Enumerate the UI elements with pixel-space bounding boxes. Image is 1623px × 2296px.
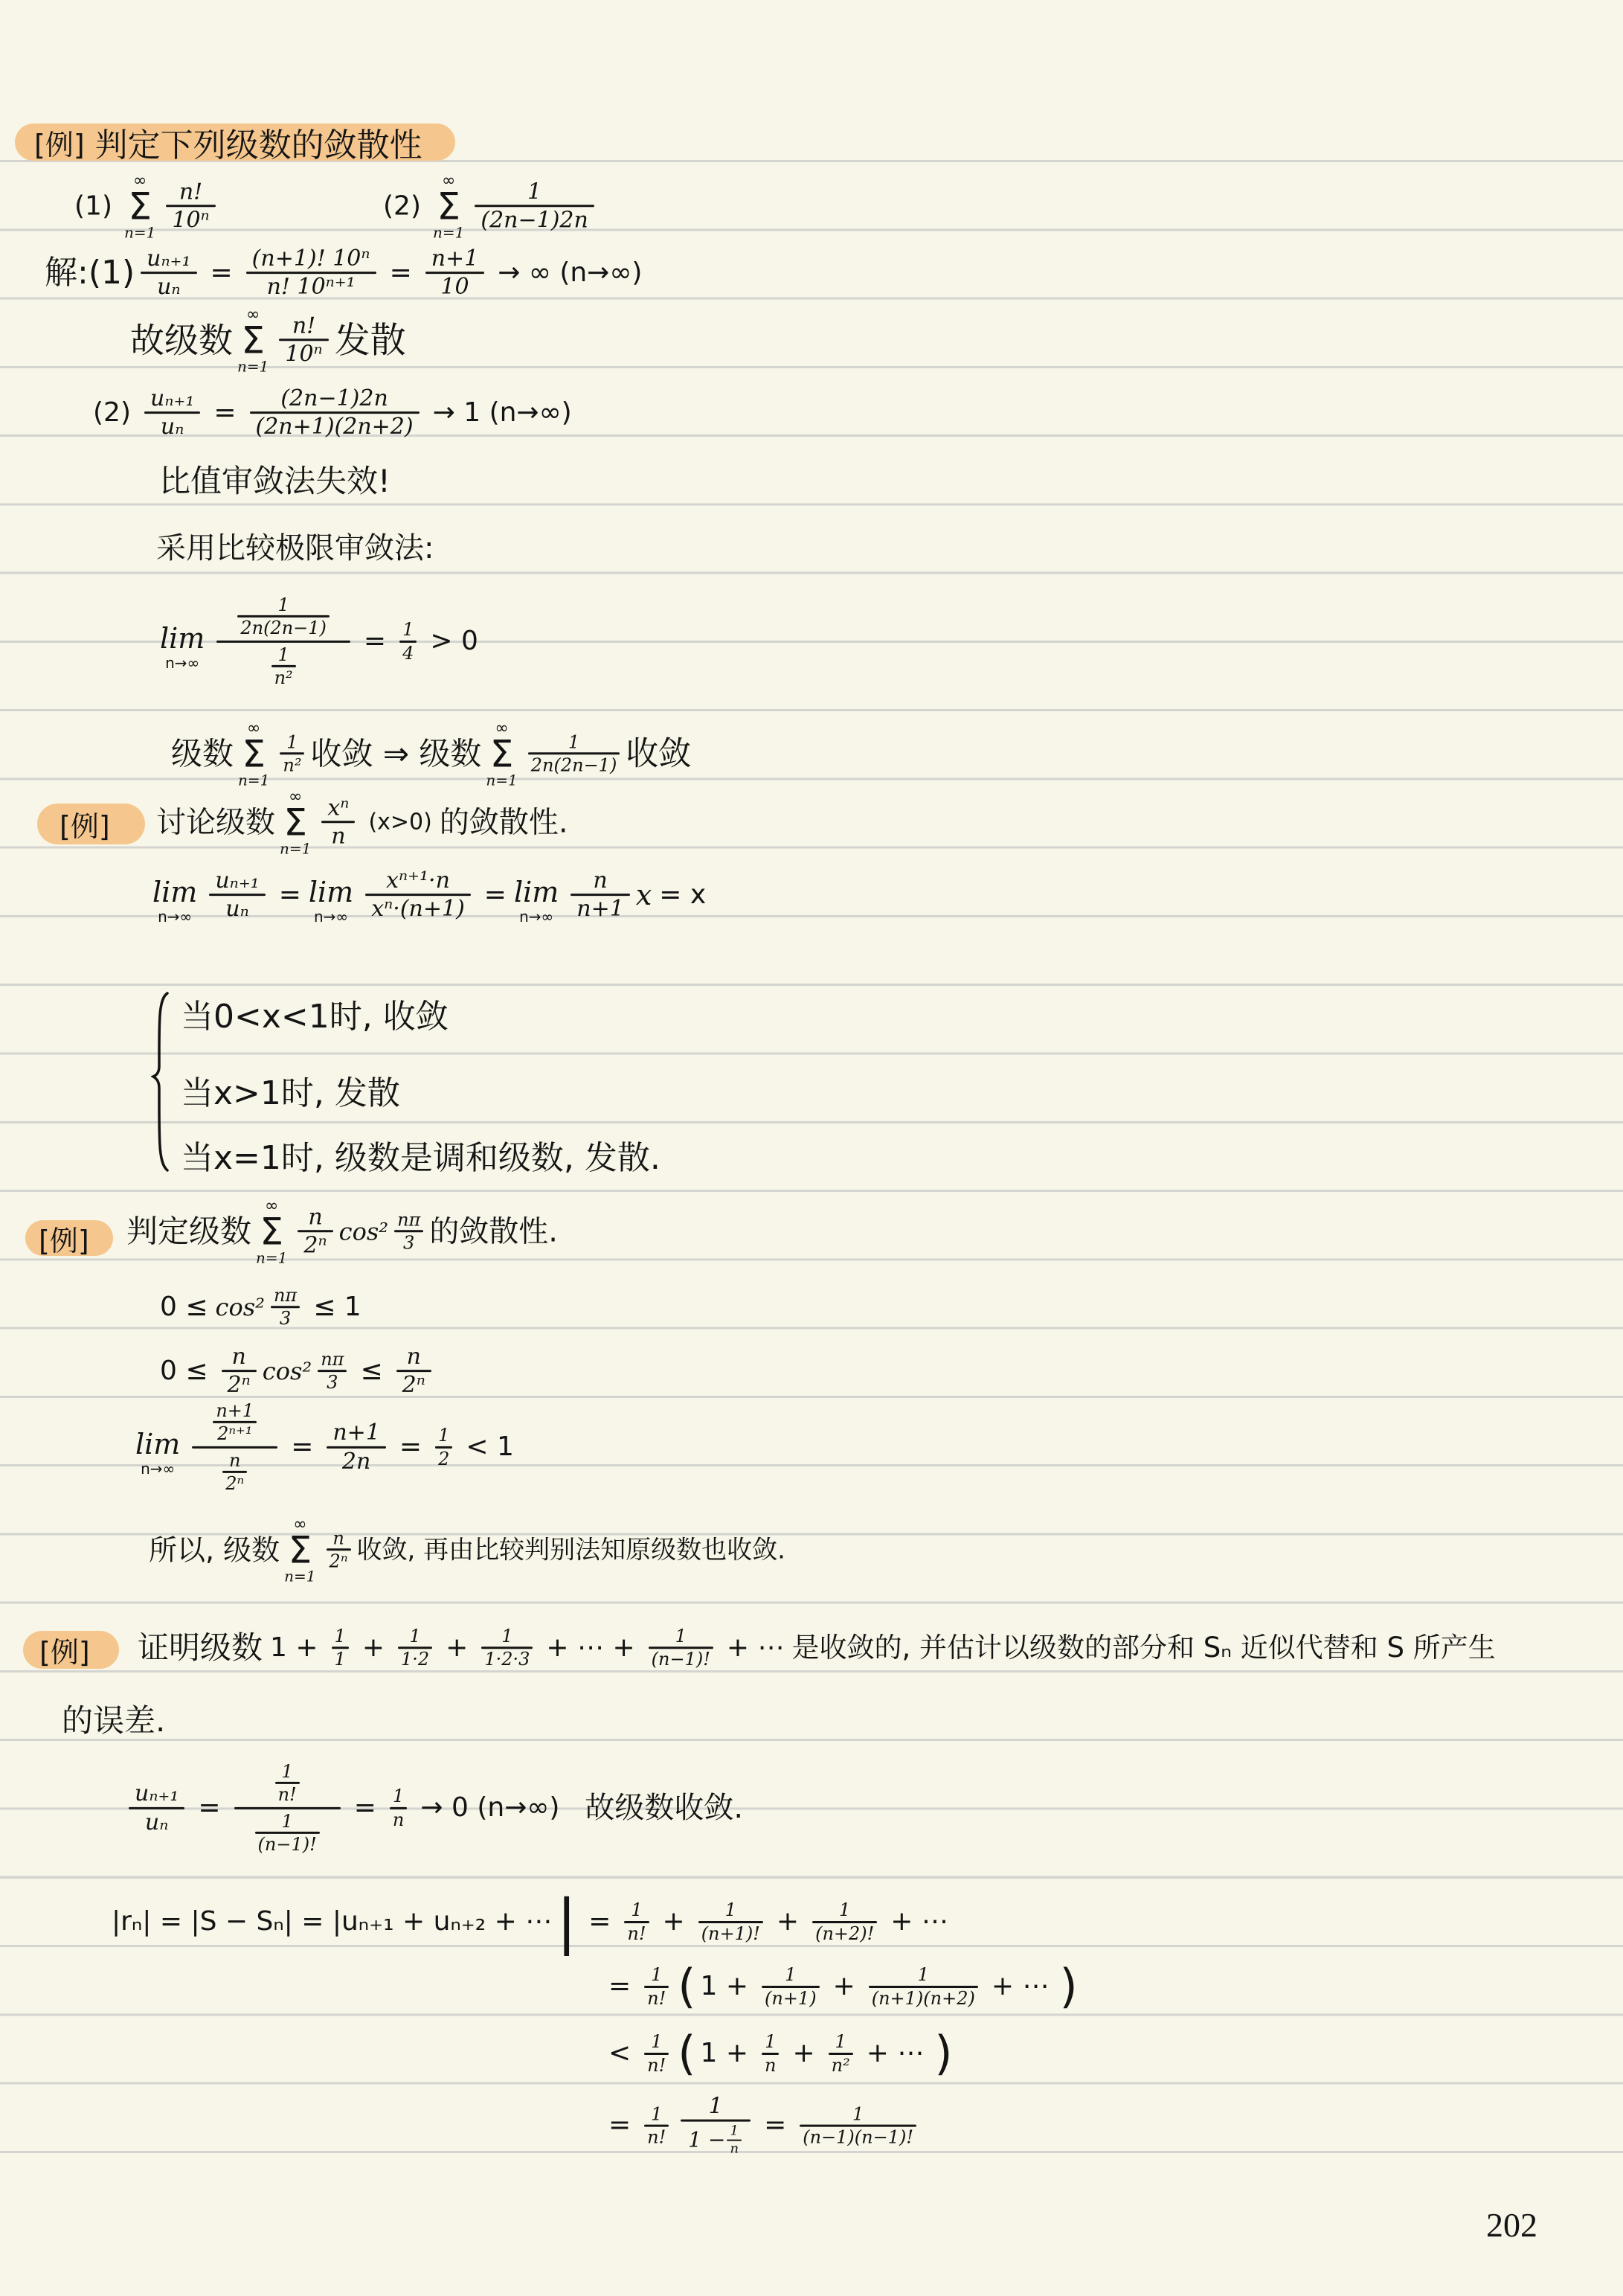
numerator: 1	[399, 619, 417, 640]
fraction: 1n	[390, 1786, 407, 1830]
solution-1-ratio: 解:(1) uₙ₊₁uₙ = (n+1)! 10ⁿn! 10ⁿ⁺¹ = n+11…	[45, 246, 649, 301]
fraction: n2ⁿ	[396, 1344, 431, 1399]
fraction: n!10ⁿ	[279, 312, 328, 368]
numerator: 1	[648, 2103, 665, 2124]
numerator: n!	[286, 312, 321, 339]
fraction: xⁿ⁺¹·nxⁿ·(n+1)	[365, 868, 471, 923]
upper-bound: ≤ 1	[313, 1294, 361, 1321]
ratio-conclusion: 故级数收敛.	[585, 1793, 743, 1823]
denominator: 3	[400, 1233, 417, 1254]
sigma-symbol: Σ	[283, 805, 307, 841]
plus-sign: +	[663, 1908, 685, 1935]
series-tail: + ⋯	[727, 1635, 785, 1661]
sum-lower-limit: n=1	[124, 225, 155, 240]
fraction: 12	[435, 1425, 452, 1469]
numerator: n	[302, 1204, 328, 1230]
denominator: (2n+1)(2n+2)	[250, 414, 420, 440]
series-tail: + ⋯	[992, 1973, 1050, 2000]
denominator: 2ⁿ	[327, 1551, 351, 1572]
denominator: n	[762, 2055, 779, 2076]
denominator: 2n(2n−1)	[237, 618, 330, 638]
denominator: n! 10ⁿ⁺¹	[261, 275, 361, 301]
example-4-ratio: uₙ₊₁uₙ = 1n! 1(n−1)! = 1n → 0 (n→∞) 故级数收…	[123, 1760, 743, 1856]
denominator: 1·2	[398, 1649, 432, 1670]
numerator: 1	[565, 731, 582, 752]
example-2-statement: 讨论级数 ∞Σn=1 xⁿn (x>0) 的敛散性.	[156, 789, 568, 856]
denominator: 2n(2n−1)	[528, 755, 620, 776]
example-3-ratio-limit: limn→∞ n+12ⁿ⁺¹ n2ⁿ = n+12n = 12 < 1	[135, 1399, 521, 1495]
numerator: 1	[915, 1964, 932, 1985]
close-paren: )	[1059, 1963, 1077, 2010]
remainder-line-3: < 1n! ( 1 + 1n + 1n² + ⋯ )	[608, 2030, 956, 2077]
conclusion-1: 故级数 ∞Σn=1 n!10ⁿ 发散	[130, 307, 406, 373]
example-tag: [例]	[34, 122, 85, 163]
case-text: 当0<x<1时, 收敛	[181, 1001, 449, 1033]
fraction: 1(2n−1)2n	[475, 179, 594, 234]
lower-bound: 0 ≤	[160, 1358, 208, 1385]
denominator: (n+1)(n+2)	[869, 1988, 978, 2009]
series-start: 1 +	[700, 1973, 748, 2000]
fraction: 1(n+1)!	[698, 1899, 763, 1944]
numerator: 1	[498, 1626, 515, 1646]
fraction: n2ⁿ	[327, 1527, 351, 1572]
equals-sign: =	[764, 2112, 786, 2139]
denominator: uₙ	[155, 414, 190, 440]
fraction: n!10ⁿ	[166, 179, 215, 234]
series-tail: + ⋯	[890, 1908, 948, 1935]
denominator: n	[390, 1809, 407, 1830]
fraction: 1n²	[829, 2031, 853, 2076]
numerator: 1	[278, 1761, 295, 1782]
series-term-2: 11·2	[398, 1626, 432, 1670]
denominator: xⁿ·(n+1)	[365, 897, 471, 923]
numerator: 1	[390, 1786, 407, 1806]
sum-lower-limit: n=1	[237, 359, 269, 373]
sigma-symbol: Σ	[437, 189, 460, 225]
inner-fraction: 1n!	[275, 1761, 300, 1806]
equals-sign: =	[399, 1434, 422, 1460]
denominator: n!	[275, 1784, 300, 1805]
example-3-tag: [例]	[25, 1220, 113, 1256]
fraction: 12n(2n−1)	[528, 731, 620, 776]
plus-sign: +	[362, 1635, 385, 1661]
numerator: uₙ₊₁	[141, 246, 196, 272]
variable-x: x	[636, 881, 652, 909]
limit-operator: limn→∞	[135, 1430, 180, 1476]
series-term-3: 11·2·3	[481, 1626, 533, 1670]
solution-label: (2)	[93, 400, 131, 426]
comparison: > 0	[430, 628, 478, 655]
statement-suffix: 的敛散性.	[440, 807, 568, 837]
denominator: 1(n−1)!	[234, 1809, 341, 1857]
equals-sign: =	[291, 1434, 313, 1460]
fraction: 14	[399, 619, 417, 664]
sum-lower-limit: n=1	[256, 1250, 287, 1265]
remainder-lhs: |rₙ| = |S − Sₙ| = |uₙ₊₁ + uₙ₊₂ + ⋯	[112, 1908, 552, 1935]
open-paren: (	[678, 1963, 695, 2010]
conclusion-text: 级数	[171, 738, 234, 769]
bound-2: 0 ≤ n2ⁿ cos² nπ3 ≤ n2ⁿ	[160, 1344, 437, 1399]
sigma-symbol: Σ	[289, 1533, 312, 1568]
case-1: 当0<x<1时, 收敛	[181, 1001, 449, 1033]
fraction: uₙ₊₁uₙ	[144, 385, 200, 440]
denominator: 3	[324, 1373, 341, 1394]
conclusion-text: 收敛	[626, 737, 691, 770]
sigma-symbol: Σ	[242, 737, 266, 772]
lim-subscript: n→∞	[519, 909, 553, 924]
example-3-conclusion: 所以, 级数 ∞Σn=1 n2ⁿ 收敛, 再由比较判别法知原级数也收敛.	[149, 1516, 785, 1583]
lim-subscript: n→∞	[165, 655, 199, 670]
less-than-sign: <	[608, 2040, 631, 2067]
denominator: (n+1)	[762, 1988, 820, 2009]
limit-result: → 1 (n→∞)	[433, 400, 572, 426]
example-1-title: 判定下列级数的敛散性	[95, 118, 422, 166]
denominator: 2ⁿ	[396, 1373, 431, 1399]
denominator: 2ⁿ	[298, 1233, 332, 1259]
fraction: n+12n	[327, 1420, 386, 1475]
fraction: 1(n+2)!	[812, 1899, 877, 1944]
compound-fraction: 1n! 1(n−1)!	[234, 1760, 341, 1856]
numerator: 1	[406, 1626, 423, 1646]
fraction: xⁿn	[321, 795, 355, 850]
numerator: uₙ₊₁	[209, 868, 265, 894]
plus-sign: +	[833, 1973, 855, 2000]
equals-sign: =	[608, 1973, 631, 2000]
denominator: 1	[332, 1649, 349, 1670]
open-paren: (	[678, 2030, 695, 2077]
numerator: nπ	[394, 1209, 423, 1230]
problem-label: (1)	[74, 193, 112, 219]
inner-fraction: 1(n−1)!	[255, 1811, 320, 1856]
conclusion-suffix: 发散	[335, 322, 406, 358]
numerator: 1	[727, 2123, 742, 2139]
summation: ∞Σn=1	[486, 720, 517, 787]
numerator: 1	[672, 1626, 690, 1646]
denominator: uₙ	[219, 897, 254, 923]
lim-label: lim	[160, 624, 205, 652]
equals-sign: =	[213, 400, 236, 426]
case-text: 当x=1时, 级数是调和级数, 发散.	[181, 1142, 661, 1175]
equals-sign: =	[198, 1795, 220, 1821]
fraction: nπ3	[271, 1285, 300, 1330]
case-3: 当x=1时, 级数是调和级数, 发散.	[181, 1142, 661, 1175]
example-3-statement: 判定级数 ∞Σn=1 n2ⁿ cos² nπ3 的敛散性.	[126, 1198, 558, 1265]
solution-2-ratio: (2) uₙ₊₁uₙ = (2n−1)2n(2n+1)(2n+2) → 1 (n…	[93, 385, 579, 440]
left-brace-icon	[151, 992, 172, 1172]
close-paren: )	[934, 2030, 952, 2077]
statement-prefix: 判定级数	[126, 1216, 251, 1247]
example-4-statement-line-2: 的误差.	[62, 1705, 165, 1737]
statement-suffix: 的误差.	[62, 1705, 165, 1737]
denominator: uₙ	[139, 1809, 174, 1835]
numerator: n!	[173, 179, 208, 205]
fraction: nn+1	[571, 868, 630, 923]
equals-sign: =	[354, 1795, 376, 1821]
numerator: xⁿ⁺¹·n	[380, 868, 456, 894]
page-number: 202	[1486, 2205, 1537, 2245]
cosine-squared: cos²	[263, 1359, 312, 1383]
denominator: 1n²	[251, 643, 317, 690]
denominator: 2	[435, 1449, 452, 1469]
remainder-line-4: = 1n! 1 1 − 1n = 1(n−1)(n−1)!	[608, 2094, 922, 2158]
denominator: n	[325, 824, 351, 850]
limit-operator: limn→∞	[309, 878, 353, 924]
sigma-symbol: Σ	[241, 323, 265, 359]
equals-sign: =	[364, 628, 386, 655]
sum-lower-limit: n=1	[280, 841, 311, 856]
denominator: 1·2·3	[481, 1649, 533, 1670]
statement-suffix: 是收敛的, 并估计以级数的部分和 Sₙ 近似代替和 S 所产生	[791, 1635, 1495, 1662]
summation: ∞Σn=1	[280, 789, 311, 856]
denominator: 4	[399, 643, 417, 664]
numerator: n	[225, 1344, 251, 1370]
sigma-symbol: Σ	[490, 737, 514, 772]
denominator: n!	[624, 1923, 649, 1944]
summation: ∞Σn=1	[284, 1516, 315, 1583]
lower-bound: 0 ≤	[160, 1294, 208, 1321]
limit-result: → ∞ (n→∞)	[498, 260, 642, 286]
fraction: n2ⁿ	[222, 1344, 257, 1399]
geometric-sum-fraction: 1 1 − 1n	[681, 2094, 751, 2158]
example-tag: [例]	[39, 1218, 89, 1259]
denominator: (n−1)!	[649, 1649, 713, 1670]
limit-operator: limn→∞	[152, 878, 197, 924]
inner-fraction: 1n²	[271, 644, 296, 689]
bound-1: 0 ≤ cos² nπ3 ≤ 1	[160, 1285, 369, 1330]
example-tag: [例]	[39, 1629, 90, 1670]
numerator: n+1	[327, 1420, 386, 1446]
numerator: uₙ₊₁	[129, 1780, 184, 1806]
conclusion-prefix: 所以, 级数	[149, 1536, 280, 1564]
denominator: n	[727, 2141, 742, 2156]
limit-comparison-row: limn→∞ 12n(2n−1) 1n² = 14 > 0	[160, 593, 486, 690]
numerator: 1	[722, 1899, 739, 1920]
numerator: 1n!	[254, 1760, 321, 1807]
denominator: (2n−1)2n	[475, 208, 594, 234]
plus-sign: +	[792, 2040, 814, 2067]
denominator: 10ⁿ	[166, 208, 215, 234]
numerator: n	[226, 1450, 243, 1471]
numerator: n+1	[213, 1400, 257, 1421]
numerator: 1	[782, 1964, 799, 1985]
numerator: nπ	[318, 1349, 347, 1370]
numerator: nπ	[271, 1285, 300, 1306]
numerator: 1	[648, 1964, 665, 1985]
series-tail: + ⋯	[867, 2040, 925, 2067]
denominator: n²	[271, 667, 296, 688]
note-text: 比值审敛法失效!	[159, 466, 391, 497]
numerator: n+1	[425, 246, 485, 272]
lim-label: lim	[514, 878, 559, 906]
cosine-squared: cos²	[339, 1219, 388, 1243]
ratio-test-fails-note: 比值审敛法失效!	[159, 466, 391, 497]
lim-subscript: n→∞	[314, 909, 348, 924]
problem-1: (1) ∞Σn=1 n!10ⁿ	[74, 173, 222, 240]
numerator: uₙ₊₁	[144, 385, 200, 411]
problem-2: (2) ∞Σn=1 1(2n−1)2n	[383, 173, 600, 240]
condition: (x>0)	[368, 811, 431, 833]
sigma-symbol: Σ	[260, 1214, 283, 1250]
denominator: 10ⁿ	[279, 341, 328, 368]
equals-sign: =	[484, 882, 507, 908]
series-term-n: 1(n−1)!	[649, 1626, 713, 1670]
sum-lower-limit: n=1	[486, 772, 517, 787]
denominator: 2ⁿ	[222, 1473, 247, 1494]
denominator: 3	[277, 1309, 294, 1330]
ellipsis: + ⋯ +	[546, 1635, 634, 1661]
numerator: 1	[435, 1425, 452, 1446]
summation: ∞Σn=1	[433, 173, 464, 240]
fraction: uₙ₊₁uₙ	[141, 246, 196, 301]
numerator: 12n(2n−1)	[216, 593, 350, 641]
numerator: xⁿ	[321, 795, 355, 821]
inner-fraction: n+12ⁿ⁺¹	[213, 1400, 257, 1445]
numerator: 1	[703, 2094, 729, 2120]
denominator: n!	[644, 1988, 669, 2009]
statement-prefix: 讨论级数	[156, 807, 275, 837]
denominator: n!	[644, 2126, 669, 2147]
sigma-symbol: Σ	[128, 189, 152, 225]
sum-lower-limit: n=1	[433, 225, 464, 240]
lim-subscript: n→∞	[158, 909, 192, 924]
fraction: (2n−1)2n(2n+1)(2n+2)	[250, 385, 420, 440]
denominator: 1 − 1n	[681, 2122, 751, 2158]
sum-lower-limit: n=1	[238, 772, 269, 787]
series-term-1: 11	[332, 1626, 349, 1670]
fraction: 1n	[762, 2031, 779, 2076]
sum-lower-limit: n=1	[284, 1568, 315, 1583]
fraction: 1(n+1)(n+2)	[869, 1964, 978, 2009]
denominator: n2ⁿ	[202, 1449, 268, 1496]
denominator: n²	[280, 755, 304, 776]
case-text: 当x>1时, 发散	[181, 1077, 400, 1110]
denominator: 2ⁿ	[222, 1373, 257, 1399]
problem-label: (2)	[383, 193, 421, 219]
fraction: 1n!	[644, 2031, 669, 2076]
denominator: 2ⁿ⁺¹	[214, 1423, 255, 1444]
denominator: 2n	[336, 1449, 376, 1475]
denominator: n²	[829, 2055, 853, 2076]
denominator: (n−1)!	[255, 1834, 320, 1855]
plus-sign: +	[777, 1908, 799, 1935]
example-tag: [例]	[60, 804, 110, 844]
fraction: 1n!	[644, 1964, 669, 2009]
lim-label: lim	[309, 878, 353, 906]
fraction: 1(n+1)	[762, 1964, 820, 2009]
fraction: 1n²	[280, 731, 304, 776]
denominator: (n−1)(n−1)!	[800, 2126, 916, 2147]
example-4-statement: 证明级数 1 + 11 + 11·2 + 11·2·3 + ⋯ + 1(n−1)…	[138, 1626, 1496, 1670]
example-1-header: [例] 判定下列级数的敛散性	[15, 124, 455, 161]
fraction: uₙ₊₁uₙ	[209, 868, 265, 923]
numerator: 1	[332, 1626, 349, 1646]
limit-operator: limn→∞	[514, 878, 559, 924]
denominator: n!	[644, 2055, 669, 2076]
fraction: 1n!	[644, 2103, 669, 2148]
lim-label: lim	[135, 1430, 180, 1458]
numerator: n	[330, 1527, 347, 1548]
inner-fraction: 1n	[727, 2123, 742, 2156]
statement-suffix: 的敛散性.	[429, 1216, 558, 1246]
numerator: 1	[278, 1811, 295, 1832]
series-start: 1 +	[270, 1635, 318, 1661]
denominator: (n+1)!	[698, 1923, 763, 1944]
inner-fraction: 12n(2n−1)	[237, 594, 330, 639]
remainder-line-1: |rₙ| = |S − Sₙ| = |uₙ₊₁ + uₙ₊₂ + ⋯ | = 1…	[112, 1892, 956, 1952]
limit-operator: limn→∞	[160, 624, 205, 670]
numerator: 1	[274, 644, 292, 665]
series-start: 1 +	[700, 2040, 748, 2067]
remainder-line-2: = 1n! ( 1 + 1(n+1) + 1(n+1)(n+2) + ⋯ )	[608, 1963, 1081, 2010]
denominator-term: 1 −	[688, 2129, 725, 2150]
numerator: 1	[836, 1899, 853, 1920]
equals-sign: =	[608, 2112, 631, 2139]
numerator: (n+1)! 10ⁿ	[246, 246, 376, 272]
inner-fraction: n2ⁿ	[222, 1450, 247, 1495]
numerator: 1	[283, 731, 301, 752]
limit-result: → 0 (n→∞)	[420, 1795, 559, 1821]
fraction: nπ3	[318, 1349, 347, 1394]
less-equal-sign: ≤	[360, 1358, 382, 1385]
equals-sign: =	[588, 1908, 611, 1935]
conclusion-suffix: 收敛, 再由比较判别法知原级数也收敛.	[357, 1537, 785, 1562]
conclusion-text: 收敛 ⇒ 级数	[310, 738, 481, 769]
absolute-value-bar: |	[556, 1892, 576, 1952]
denominator: n+1	[571, 897, 630, 923]
summation: ∞Σn=1	[237, 307, 269, 373]
fraction: 1n!	[624, 1899, 649, 1944]
equals-sign: =	[279, 882, 301, 908]
summation: ∞Σn=1	[238, 720, 269, 787]
denominator: 10	[434, 275, 475, 301]
case-2: 当x>1时, 发散	[181, 1077, 400, 1110]
summation: ∞Σn=1	[124, 173, 155, 240]
lim-label: lim	[152, 878, 197, 906]
limit-result: = x	[659, 882, 706, 908]
fraction: 1(n−1)(n−1)!	[800, 2103, 916, 2148]
conclusion-2: 级数 ∞Σn=1 1n² 收敛 ⇒ 级数 ∞Σn=1 12n(2n−1) 收敛	[171, 720, 691, 787]
numerator: 1	[274, 594, 292, 615]
equals-sign: =	[210, 260, 233, 286]
plus-sign: +	[446, 1635, 468, 1661]
denominator: (n+2)!	[812, 1923, 877, 1944]
numerator: (2n−1)2n	[274, 385, 393, 411]
equals-sign: =	[390, 260, 412, 286]
numerator: 1	[762, 2031, 779, 2052]
example-2-ratio-limit: limn→∞ uₙ₊₁uₙ = limn→∞ xⁿ⁺¹·nxⁿ·(n+1) = …	[152, 868, 713, 923]
numerator: n	[401, 1344, 427, 1370]
summation: ∞Σn=1	[256, 1198, 287, 1265]
solution-label: 解:(1)	[45, 257, 135, 289]
comparison: < 1	[466, 1434, 514, 1460]
numerator: 1	[483, 179, 586, 205]
fraction: n2ⁿ	[298, 1204, 332, 1259]
denominator: uₙ	[151, 275, 186, 301]
limit-comparison-method-note: 采用比较极限审敛法:	[156, 533, 434, 563]
fraction: nπ3	[394, 1209, 423, 1254]
numerator: 1	[648, 2031, 665, 2052]
fraction: (n+1)! 10ⁿn! 10ⁿ⁺¹	[246, 246, 376, 301]
fraction: uₙ₊₁uₙ	[129, 1780, 184, 1835]
note-text: 采用比较极限审敛法:	[156, 533, 434, 563]
compound-fraction: 12n(2n−1) 1n²	[216, 593, 350, 690]
numerator: 1	[832, 2031, 849, 2052]
numerator: 1	[849, 2103, 867, 2124]
lim-subscript: n→∞	[141, 1461, 175, 1476]
numerator: 1	[628, 1899, 645, 1920]
numerator: n+12ⁿ⁺¹	[192, 1399, 277, 1446]
fraction: n+110	[425, 246, 485, 301]
